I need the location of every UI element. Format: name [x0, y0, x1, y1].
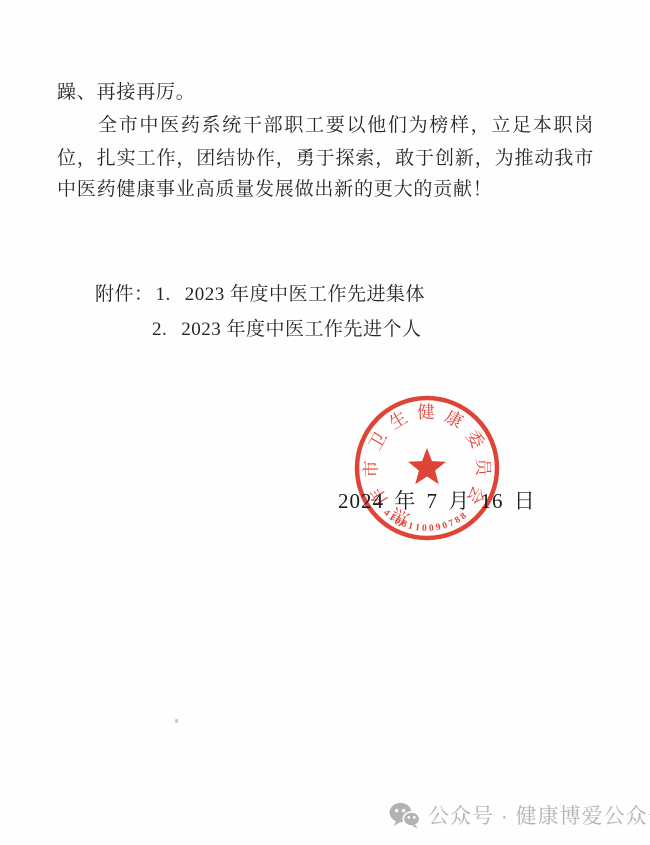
body-text-line: 躁、再接再厉。 — [57, 80, 196, 106]
attachment-item-number: 2. — [152, 317, 167, 343]
watermark-footer: 公众号 · 健康博爱公众号 — [389, 800, 650, 830]
wechat-logo-icon — [389, 802, 420, 829]
document-date: 2024 年 7 月 16 日 — [338, 485, 536, 515]
svg-text:9: 9 — [435, 522, 442, 533]
svg-text:市: 市 — [361, 460, 381, 478]
red-star-icon — [408, 448, 446, 484]
watermark-text: 公众号 · 健康博爱公众号 — [428, 800, 650, 830]
scan-artifact-speck — [175, 719, 178, 723]
attachment-item-number: 1. — [156, 282, 171, 308]
attachment-item-text: 2023 年度中医工作先进个人 — [181, 319, 421, 340]
body-text-line: 中医药健康事业高质量发展做出新的更大的贡献！ — [57, 177, 493, 203]
svg-text:0: 0 — [429, 524, 435, 534]
body-text-line: 全市中医药系统干部职工要以他们为榜样，立足本职岗 — [57, 113, 594, 139]
svg-text:1: 1 — [407, 521, 415, 532]
attachment-line: 附件：1.2023 年度中医工作先进集体 — [95, 282, 425, 308]
svg-text:员: 员 — [473, 458, 493, 477]
seal-svg: 焦作市卫生健康委员会 4108110090788 — [351, 392, 503, 544]
attachment-item-text: 2023 年度中医工作先进集体 — [185, 284, 425, 305]
attachment-line: 2.2023 年度中医工作先进个人 — [152, 317, 422, 343]
document-page: 躁、再接再厉。 全市中医药系统干部职工要以他们为榜样，立足本职岗 位，扎实工作，… — [0, 0, 650, 845]
svg-text:1: 1 — [414, 523, 421, 534]
svg-text:0: 0 — [422, 524, 427, 534]
official-seal-stamp: 焦作市卫生健康委员会 4108110090788 — [351, 392, 503, 544]
svg-text:健: 健 — [417, 402, 435, 422]
body-text-line: 位，扎实工作，团结协作，勇于探索，敢于创新，为推动我市 — [57, 146, 594, 172]
attachment-label: 附件： — [95, 282, 154, 308]
